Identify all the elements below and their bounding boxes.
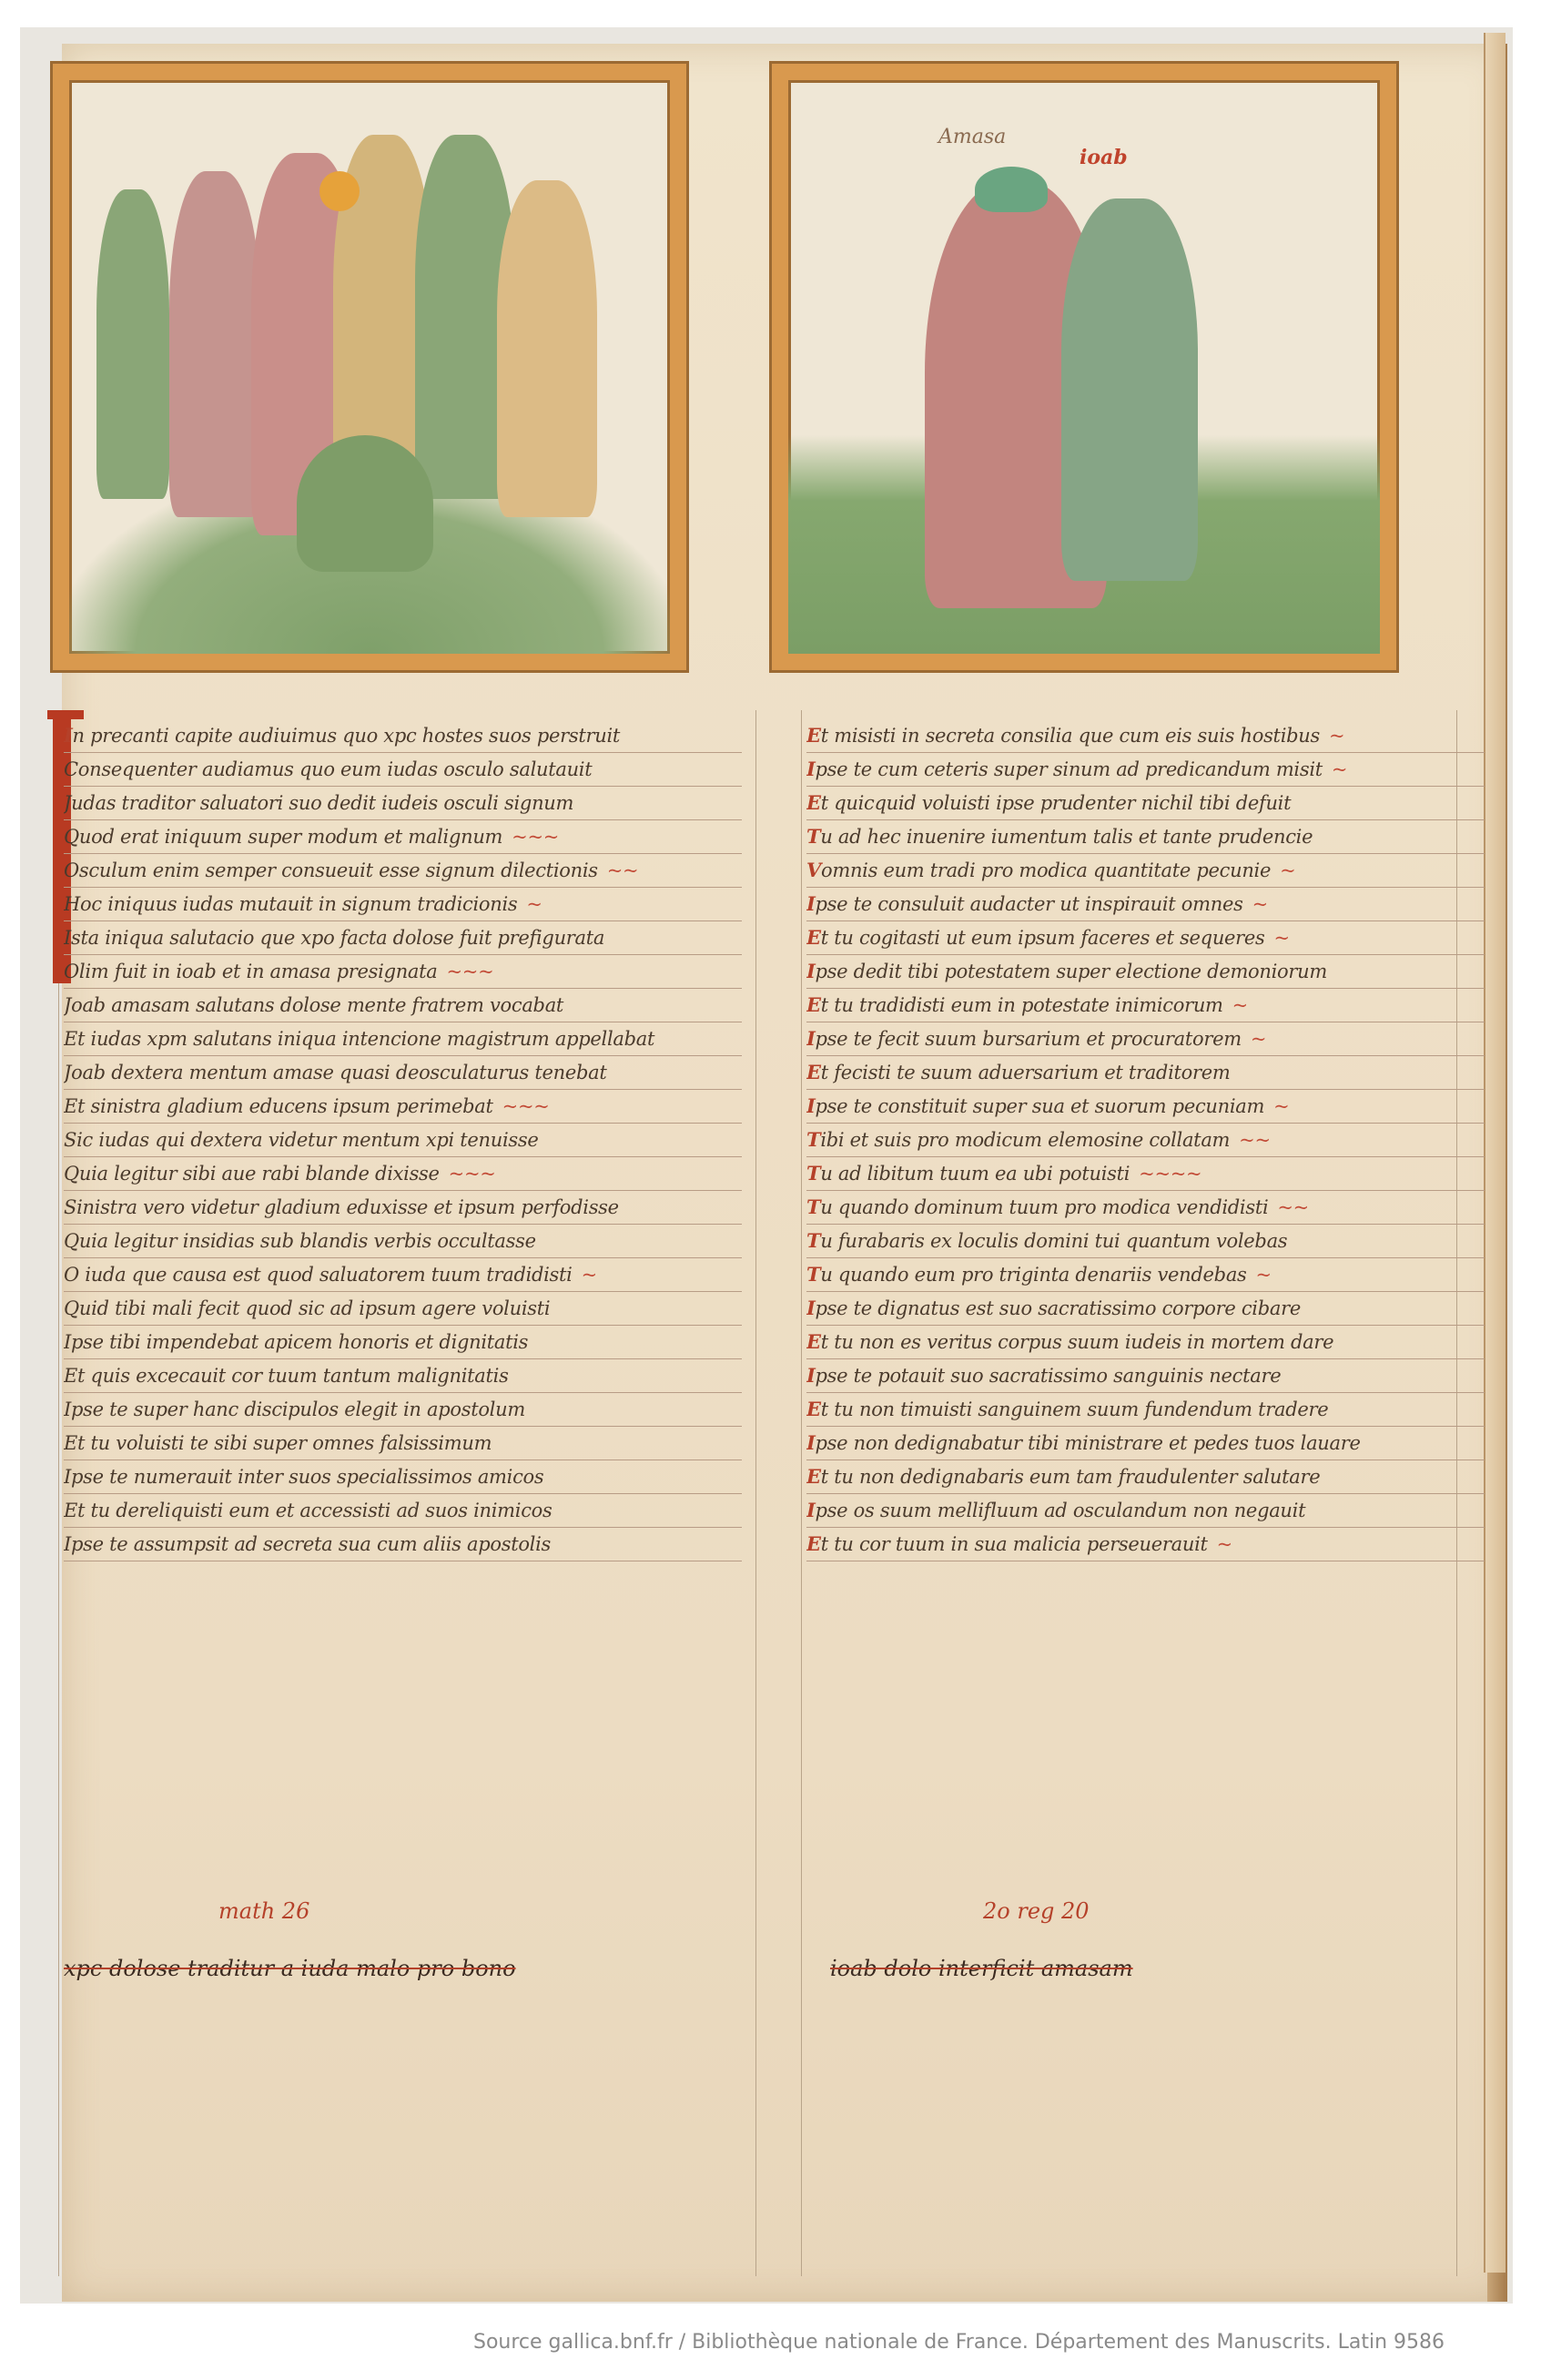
text-line: Vomnis eum tradi pro modica quantitate p…	[806, 854, 1485, 888]
text-line: Et iudas xpm salutans iniqua intencione …	[64, 1022, 742, 1056]
text-line: Tu quando eum pro triginta denariis vend…	[806, 1258, 1485, 1292]
text-line: Tibi et suis pro modicum elemosine colla…	[806, 1124, 1485, 1157]
text-line: Sic iudas qui dextera videtur mentum xpi…	[64, 1124, 742, 1157]
text-line: Ipse os suum mellifluum ad osculandum no…	[806, 1494, 1485, 1528]
text-line: O iuda que causa est quod saluatorem tuu…	[64, 1258, 742, 1292]
text-line: Tu quando dominum tuum pro modica vendid…	[806, 1191, 1485, 1225]
halo-icon	[319, 171, 360, 211]
ruling-line	[755, 710, 756, 2276]
biblical-reference-right: 2o reg 20	[983, 1898, 1090, 1924]
summary-line-right: ioab dolo interficit amasam	[830, 1956, 1133, 1981]
text-line: Ipse te consuluit audacter ut inspirauit…	[806, 888, 1485, 921]
text-line: Ipse dedit tibi potestatem super electio…	[806, 955, 1485, 989]
text-line: Joab dextera mentum amase quasi deoscula…	[64, 1056, 742, 1090]
text-line: In precanti capite audiuimus quo xpc hos…	[64, 719, 742, 753]
text-line: Sinistra vero videtur gladium eduxisse e…	[64, 1191, 742, 1225]
text-column-right: Et misisti in secreta consilia que cum e…	[806, 719, 1485, 1561]
text-line: Quia legitur sibi aue rabi blande dixiss…	[64, 1157, 742, 1191]
text-line: Quia legitur insidias sub blandis verbis…	[64, 1225, 742, 1258]
text-line: Ipse te dignatus est suo sacratissimo co…	[806, 1292, 1485, 1326]
text-line: Et quis excecauit cor tuum tantum malign…	[64, 1359, 742, 1393]
text-line: Et misisti in secreta consilia que cum e…	[806, 719, 1485, 753]
text-line: Et tu dereliquisti eum et accessisti ad …	[64, 1494, 742, 1528]
figure-label-amasa: Amasa	[938, 126, 1006, 148]
summary-line-left: xpc dolose traditur a iuda malo pro bono	[64, 1956, 516, 1981]
miniature-joab-and-amasa: Amasa ioab	[772, 64, 1396, 670]
biblical-reference-left: math 26	[218, 1898, 309, 1924]
text-line: Et fecisti te suum aduersarium et tradit…	[806, 1056, 1485, 1090]
text-line: Ista iniqua salutacio que xpo facta dolo…	[64, 921, 742, 955]
text-line: Quid tibi mali fecit quod sic ad ipsum a…	[64, 1292, 742, 1326]
text-line: Et tu non timuisti sanguinem suum funden…	[806, 1393, 1485, 1427]
miniature-betrayal-of-christ	[53, 64, 686, 670]
text-line: Ipse te assumpsit ad secreta sua cum ali…	[64, 1528, 742, 1561]
amasa-green-hat	[975, 167, 1048, 212]
adjacent-leaf-edge	[1484, 33, 1506, 2273]
text-line: Ipse te potauit suo sacratissimo sanguin…	[806, 1359, 1485, 1393]
text-line: Tu ad hec inuenire iumentum talis et tan…	[806, 820, 1485, 854]
text-line: Tu ad libitum tuum ea ubi potuisti~~~~	[806, 1157, 1485, 1191]
text-line: Et sinistra gladium educens ipsum perime…	[64, 1090, 742, 1124]
text-line: Tu furabaris ex loculis domini tui quant…	[806, 1225, 1485, 1258]
text-line: Judas traditor saluatori suo dedit iudei…	[64, 787, 742, 820]
soldier-figure	[96, 189, 169, 499]
text-line: Osculum enim semper consueuit esse signu…	[64, 854, 742, 888]
soldier-figure	[169, 171, 260, 517]
text-line: Et tu cogitasti ut eum ipsum faceres et …	[806, 921, 1485, 955]
text-line: Et tu cor tuum in sua malicia perseuerau…	[806, 1528, 1485, 1561]
source-caption: Source gallica.bnf.fr / Bibliothèque nat…	[473, 2331, 1445, 2354]
text-line: Consequenter audiamus quo eum iudas oscu…	[64, 753, 742, 787]
text-line: Joab amasam salutans dolose mente fratre…	[64, 989, 742, 1022]
text-line: Et tu tradidisti eum in potestate inimic…	[806, 989, 1485, 1022]
text-line: Et tu voluisti te sibi super omnes falsi…	[64, 1427, 742, 1460]
text-line: Quod erat iniquum super modum et malignu…	[64, 820, 742, 854]
text-line: Ipse te constituit super sua et suorum p…	[806, 1090, 1485, 1124]
ruling-line	[801, 710, 802, 2276]
text-line: Ipse non dedignabatur tibi ministrare et…	[806, 1427, 1485, 1460]
text-column-left: In precanti capite audiuimus quo xpc hos…	[64, 719, 742, 1561]
joab-figure	[1061, 198, 1198, 581]
malchus-figure	[297, 435, 433, 572]
text-line: Ipse te fecit suum bursarium et procurat…	[806, 1022, 1485, 1056]
text-line: Ipse tibi impendebat apicem honoris et d…	[64, 1326, 742, 1359]
soldier-figure	[497, 180, 597, 517]
text-line: Et tu non dedignabaris eum tam fraudulen…	[806, 1460, 1485, 1494]
text-line: Ipse te super hanc discipulos elegit in …	[64, 1393, 742, 1427]
figure-label-joab: ioab	[1080, 146, 1128, 169]
text-line: Et quicquid voluisti ipse prudenter nich…	[806, 787, 1485, 820]
text-line: Olim fuit in ioab et in amasa presignata…	[64, 955, 742, 989]
text-line: Et tu non es veritus corpus suum iudeis …	[806, 1326, 1485, 1359]
text-line: Hoc iniquus iudas mutauit in signum trad…	[64, 888, 742, 921]
text-line: Ipse te cum ceteris super sinum ad predi…	[806, 753, 1485, 787]
text-line: Ipse te numerauit inter suos specialissi…	[64, 1460, 742, 1494]
